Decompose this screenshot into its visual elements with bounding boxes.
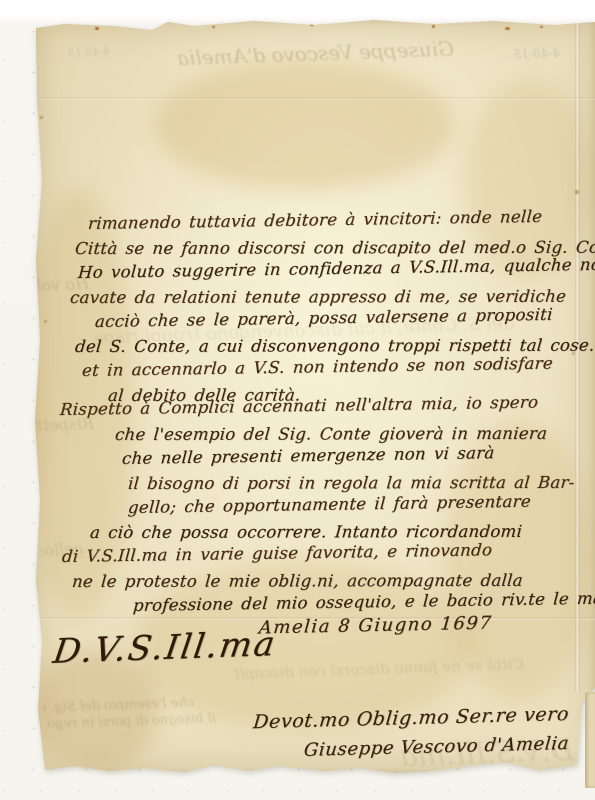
signature-block: Devot.mo Oblig.mo Ser.re vero Giuseppe V… — [254, 700, 569, 758]
letter-paragraph-1: rimanendo tuttavia debitore à vincitori:… — [34, 212, 595, 408]
closing-salutation: D.V.S.Ill.ma — [51, 624, 280, 672]
underlying-page-edge — [585, 692, 595, 788]
rust-spot — [152, 24, 155, 27]
letter-text: rimanendo tuttavia debitore à vincitori:… — [34, 20, 595, 773]
manuscript-line: rimanendo tuttavia debitore à vincitori:… — [87, 204, 595, 236]
letter-paragraph-2: Rispetto à Complici accennati nell'altra… — [34, 398, 595, 619]
date-line: Amelia 8 Giugno 1697 — [258, 612, 494, 641]
manuscript-paper: Giuseppe Vescovo d'Amelia 4-48-15 4-48-1… — [34, 20, 595, 773]
scan-background: { "page": { "background_color": "#f6f5f0… — [0, 0, 595, 800]
manuscript-paper-wrap: Giuseppe Vescovo d'Amelia 4-48-15 4-48-1… — [34, 20, 595, 773]
